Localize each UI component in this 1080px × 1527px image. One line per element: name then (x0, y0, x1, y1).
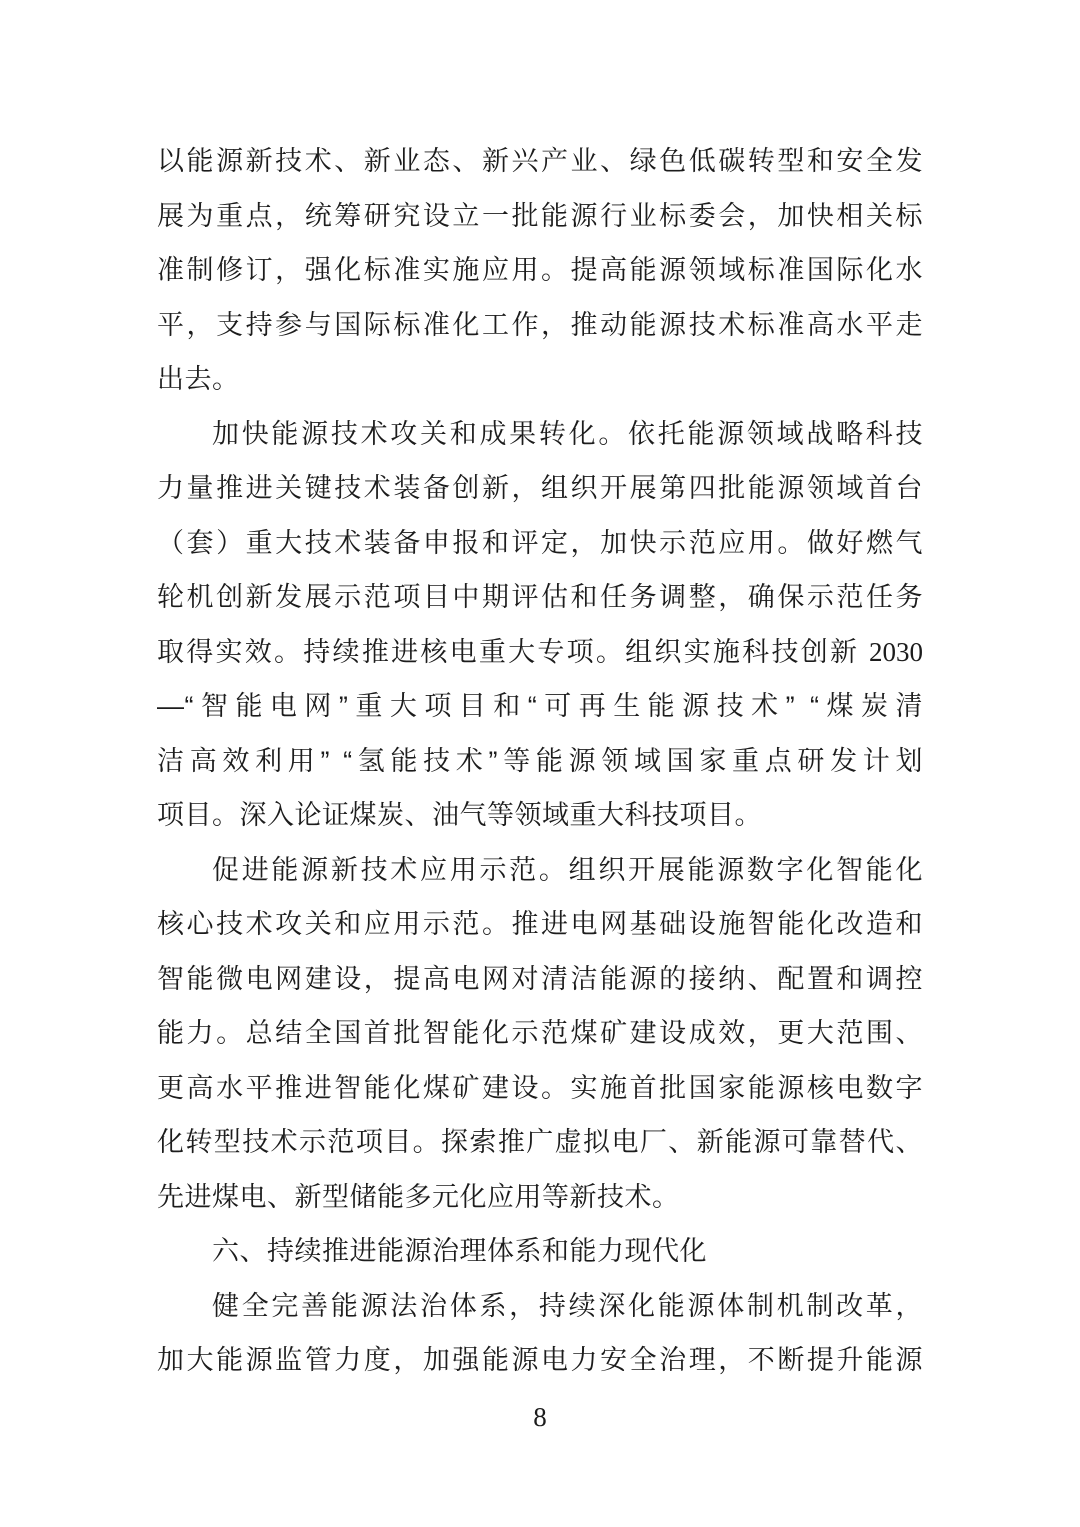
text-line: 项目。深入论证煤炭、油气等领域重大科技项目。 (157, 788, 923, 843)
cjk-text: 先进煤电、新型储能多元化应用等新技术。 (157, 1182, 680, 1212)
cjk-text: 取得实效。持续推进核电重大专项。组织实施科技创新 (157, 637, 869, 667)
cjk-text: 洁高效利用” “氢能技术”等能源领域国家重点研发计划 (157, 746, 923, 776)
cjk-text: 以能源新技术、新业态、新兴产业、绿色低碳转型和安全发 (157, 146, 923, 176)
text-line: 力量推进关键技术装备创新，组织开展第四批能源领域首台 (157, 461, 923, 516)
text-line: 轮机创新发展示范项目中期评估和任务调整，确保示范任务 (157, 570, 923, 625)
document-body: 以能源新技术、新业态、新兴产业、绿色低碳转型和安全发展为重点，统筹研究设立一批能… (157, 134, 923, 1388)
cjk-text: 出去。 (157, 364, 240, 394)
text-line: 平，支持参与国际标准化工作，推动能源技术标准高水平走 (157, 298, 923, 353)
text-line: 能力。总结全国首批智能化示范煤矿建设成效，更大范围、 (157, 1006, 923, 1061)
cjk-text: （套）重大技术装备申报和评定，加快示范应用。做好燃气 (157, 528, 923, 558)
cjk-text: 轮机创新发展示范项目中期评估和任务调整，确保示范任务 (157, 582, 923, 612)
text-line: 准制修订，强化标准实施应用。提高能源领域标准国际化水 (157, 243, 923, 298)
cjk-text: —“智能电网”重大项目和“可再生能源技术” “煤炭清 (157, 691, 923, 721)
text-line: 健全完善能源法治体系，持续深化能源体制机制改革， (157, 1279, 923, 1334)
cjk-text: 准制修订，强化标准实施应用。提高能源领域标准国际化水 (157, 255, 923, 285)
text-line: 智能微电网建设，提高电网对清洁能源的接纳、配置和调控 (157, 952, 923, 1007)
cjk-text: 能力。总结全国首批智能化示范煤矿建设成效，更大范围、 (157, 1018, 923, 1048)
cjk-text: 核心技术攻关和应用示范。推进电网基础设施智能化改造和 (157, 909, 923, 939)
cjk-text: 平，支持参与国际标准化工作，推动能源技术标准高水平走 (157, 310, 923, 340)
text-line: 加快能源技术攻关和成果转化。依托能源领域战略科技 (157, 407, 923, 462)
text-line: 更高水平推进智能化煤矿建设。实施首批国家能源核电数字 (157, 1061, 923, 1116)
text-line: 加大能源监管力度，加强能源电力安全治理，不断提升能源 (157, 1333, 923, 1388)
text-line: 促进能源新技术应用示范。组织开展能源数字化智能化 (157, 843, 923, 898)
text-line: 核心技术攻关和应用示范。推进电网基础设施智能化改造和 (157, 897, 923, 952)
cjk-text: 展为重点，统筹研究设立一批能源行业标委会，加快相关标 (157, 201, 923, 231)
cjk-text: 促进能源新技术应用示范。组织开展能源数字化智能化 (212, 855, 923, 885)
text-line: —“智能电网”重大项目和“可再生能源技术” “煤炭清 (157, 679, 923, 734)
text-line: 以能源新技术、新业态、新兴产业、绿色低碳转型和安全发 (157, 134, 923, 189)
latin-text: 2030 (869, 637, 923, 667)
text-line: 先进煤电、新型储能多元化应用等新技术。 (157, 1170, 923, 1225)
cjk-text: 智能微电网建设，提高电网对清洁能源的接纳、配置和调控 (157, 964, 923, 994)
cjk-text: 力量推进关键技术装备创新，组织开展第四批能源领域首台 (157, 473, 923, 503)
text-line: （套）重大技术装备申报和评定，加快示范应用。做好燃气 (157, 516, 923, 571)
text-line: 出去。 (157, 352, 923, 407)
cjk-text: 加快能源技术攻关和成果转化。依托能源领域战略科技 (212, 419, 923, 449)
cjk-text: 加大能源监管力度，加强能源电力安全治理，不断提升能源 (157, 1345, 923, 1375)
cjk-text: 更高水平推进智能化煤矿建设。实施首批国家能源核电数字 (157, 1073, 923, 1103)
cjk-text: 项目。深入论证煤炭、油气等领域重大科技项目。 (157, 800, 762, 830)
page-number: 8 (0, 1398, 1080, 1436)
text-line: 化转型技术示范项目。探索推广虚拟电厂、新能源可靠替代、 (157, 1115, 923, 1170)
cjk-text: 健全完善能源法治体系，持续深化能源体制机制改革， (212, 1291, 923, 1321)
text-line: 洁高效利用” “氢能技术”等能源领域国家重点研发计划 (157, 734, 923, 789)
text-line: 展为重点，统筹研究设立一批能源行业标委会，加快相关标 (157, 189, 923, 244)
document-page: { "page": { "background": "#ffffff", "te… (0, 0, 1080, 1527)
cjk-text: 化转型技术示范项目。探索推广虚拟电厂、新能源可靠替代、 (157, 1127, 923, 1157)
text-line: 取得实效。持续推进核电重大专项。组织实施科技创新 2030 (157, 625, 923, 680)
text-line: 六、持续推进能源治理体系和能力现代化 (157, 1224, 923, 1279)
cjk-text: 六、持续推进能源治理体系和能力现代化 (212, 1236, 707, 1266)
